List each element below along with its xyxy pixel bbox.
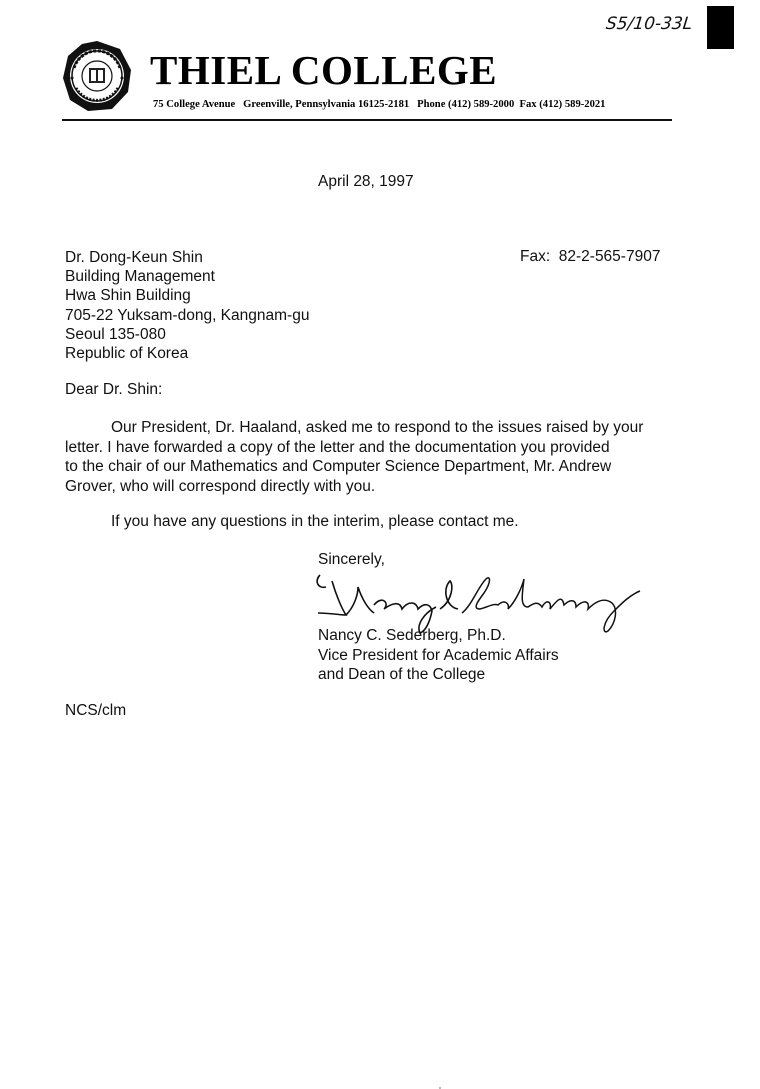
signer-title: Vice President for Academic Affairs	[318, 646, 559, 666]
signer-title-2: and Dean of the College	[318, 665, 559, 685]
recipient-city: Seoul 135-080	[65, 325, 309, 344]
college-name: THIEL COLLEGE	[150, 50, 497, 91]
handwritten-signature	[312, 565, 652, 635]
recipient-address: Dr. Dong-Keun Shin Building Management H…	[65, 248, 309, 363]
paragraph-1-line: letter. I have forwarded a copy of the l…	[65, 438, 685, 458]
body-paragraph-2: If you have any questions in the interim…	[111, 513, 519, 531]
letterhead-divider	[62, 119, 672, 121]
college-seal-icon	[62, 40, 132, 112]
handwritten-file-code: S5/10-33L	[605, 14, 693, 34]
recipient-country: Republic of Korea	[65, 344, 309, 363]
recipient-name: Dr. Dong-Keun Shin	[65, 248, 309, 267]
paragraph-1-line: Our President, Dr. Haaland, asked me to …	[111, 419, 643, 436]
signer-block: Nancy C. Sederberg, Ph.D. Vice President…	[318, 626, 559, 685]
recipient-department: Building Management	[65, 267, 309, 286]
body-paragraph-1: Our President, Dr. Haaland, asked me to …	[65, 418, 685, 496]
recipient-fax: Fax: 82-2-565-7907	[520, 248, 660, 266]
recipient-building: Hwa Shin Building	[65, 286, 309, 305]
typist-initials: NCS/clm	[65, 702, 126, 720]
recipient-street: 705-22 Yuksam-dong, Kangnam-gu	[65, 306, 309, 325]
signer-name: Nancy C. Sederberg, Ph.D.	[318, 626, 559, 646]
paragraph-1-line: to the chair of our Mathematics and Comp…	[65, 457, 685, 477]
paragraph-1-line: Grover, who will correspond directly wit…	[65, 477, 685, 497]
letter-date: April 28, 1997	[318, 173, 414, 191]
salutation: Dear Dr. Shin:	[65, 381, 162, 399]
college-address: 75 College Avenue Greenville, Pennsylvan…	[153, 99, 605, 110]
redaction-tab	[707, 6, 734, 49]
